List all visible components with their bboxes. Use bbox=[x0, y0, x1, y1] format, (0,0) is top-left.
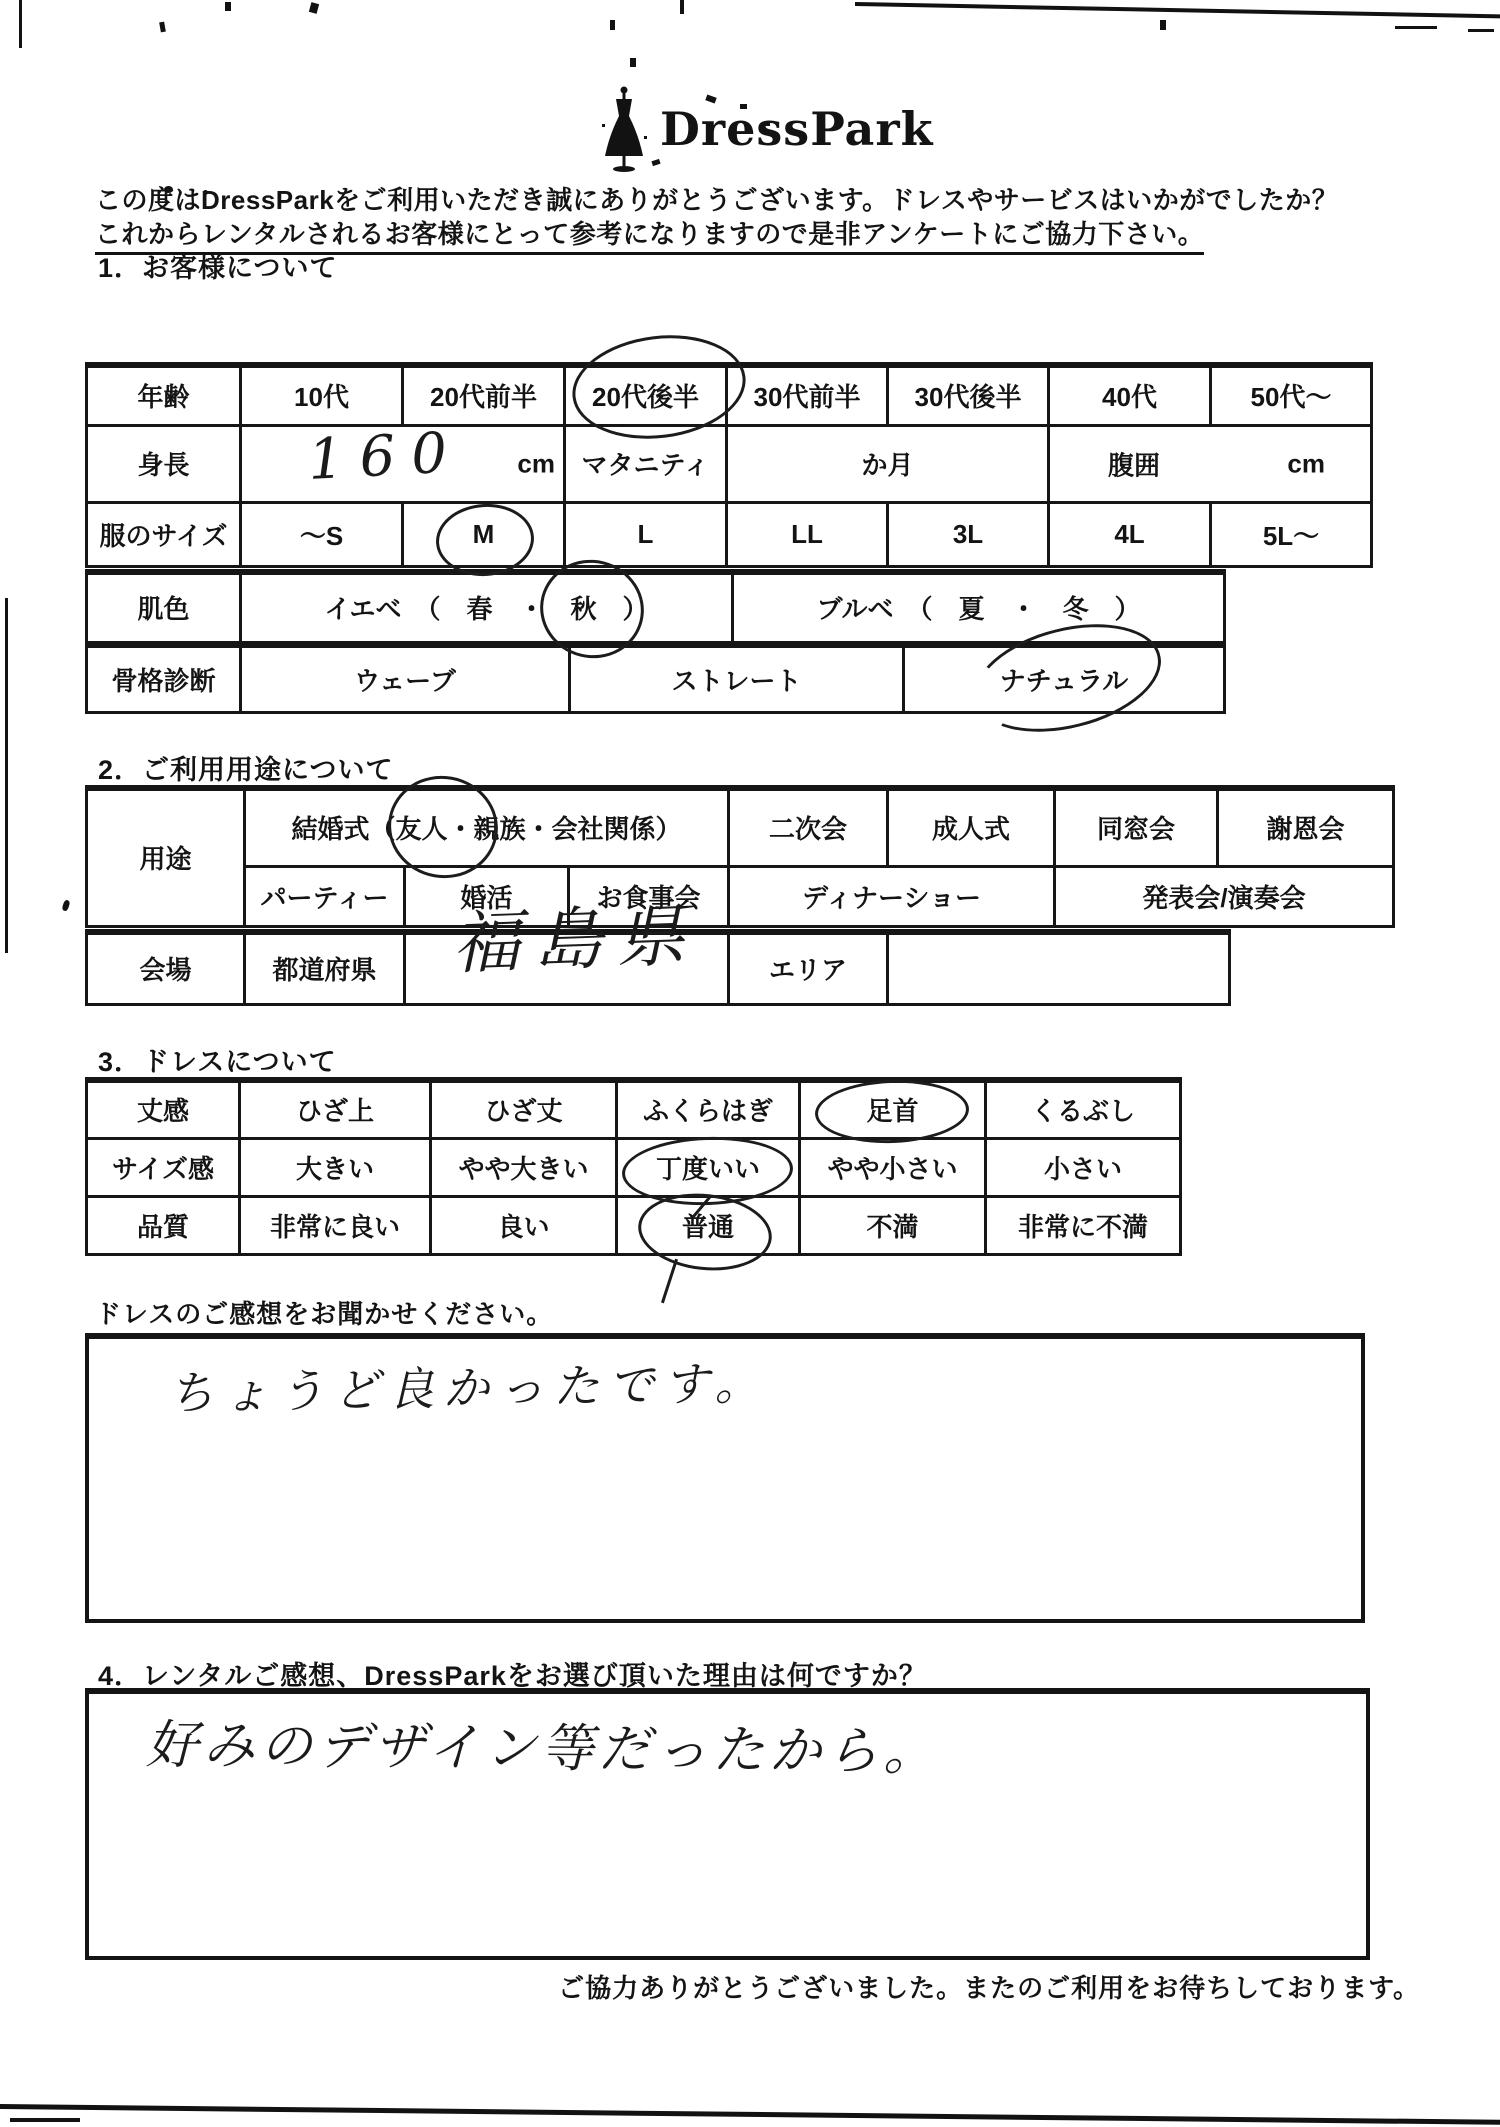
footer-thanks-text: ご協力ありがとうございました。またのご利用をお待ちしております。 bbox=[558, 1968, 1420, 2005]
handwritten-rental-feedback: 好みのデザイン等だったから。 bbox=[146, 1703, 941, 1785]
length-option-cell: ひざ丈 bbox=[431, 1080, 617, 1138]
ink-speck bbox=[610, 20, 615, 30]
usage-table-main: 用途 結婚式（友人・親族・会社関係） 二次会 成人式 同窓会 謝恩会 パーティー… bbox=[85, 785, 1395, 928]
height-label-cell: 身長 bbox=[87, 425, 241, 502]
fit-label-cell: サイズ感 bbox=[87, 1138, 240, 1196]
ink-speck bbox=[680, 0, 684, 14]
waist-unit: cm bbox=[1287, 448, 1325, 479]
height-unit: cm bbox=[517, 448, 555, 479]
use-label-cell: 用途 bbox=[87, 788, 245, 926]
age-option-cell: 30代後半 bbox=[888, 365, 1049, 425]
handwritten-prefecture: 福島県 bbox=[450, 882, 699, 988]
quality-option-cell: 不満 bbox=[800, 1196, 986, 1254]
occasion-cell: ディナーショー bbox=[729, 866, 1055, 926]
frame-label-cell: 骨格診断 bbox=[87, 645, 241, 712]
quality-option-cell: 良い bbox=[431, 1196, 617, 1254]
ink-speck bbox=[61, 899, 70, 911]
size-option-cell: 3L bbox=[888, 502, 1049, 566]
section1-title: 1．お客様について bbox=[98, 246, 337, 285]
ink-speck bbox=[159, 22, 166, 33]
dress-feedback-prompt: ドレスのご感想をお聞かせください。 bbox=[95, 1294, 553, 1331]
logo-text: DressPark bbox=[660, 102, 933, 156]
length-option-cell: ひざ上 bbox=[240, 1080, 431, 1138]
scan-edge-top-dash bbox=[1395, 26, 1437, 29]
scan-edge-bottom bbox=[0, 2104, 1500, 2125]
scan-edge-bottom-dash bbox=[10, 2118, 80, 2122]
area-label-cell: エリア bbox=[729, 932, 888, 1004]
scan-edge-left-top bbox=[19, 0, 22, 48]
size-option-cell: 4L bbox=[1049, 502, 1211, 566]
dress-mannequin-icon bbox=[598, 86, 650, 174]
size-option-cell: 5L～ bbox=[1211, 502, 1372, 566]
scan-edge-top-dash2 bbox=[1468, 29, 1494, 32]
quality-option-cell: 非常に不満 bbox=[986, 1196, 1181, 1254]
fit-option-cell: やや大きい bbox=[431, 1138, 617, 1196]
scan-edge-top bbox=[855, 2, 1500, 19]
age-option-cell: 10代 bbox=[241, 365, 403, 425]
occasion-cell: 二次会 bbox=[729, 788, 888, 866]
section2-title: 2．ご利用用途について bbox=[98, 748, 393, 787]
length-label-cell: 丈感 bbox=[87, 1080, 240, 1138]
size-option-cell: ～S bbox=[241, 502, 403, 566]
frame-option-cell: ストレート bbox=[570, 645, 904, 712]
skin-label-cell: 肌色 bbox=[87, 572, 241, 642]
section3-title: 3．ドレスについて bbox=[98, 1040, 337, 1079]
intro-text-line1: この度はDressParkをご利用いただき誠にありがとうございます。ドレスやサー… bbox=[95, 180, 1338, 217]
skin-blue-cell: ブルベ （ 夏 ・ 冬 ） bbox=[733, 572, 1225, 642]
prefecture-label-cell: 都道府県 bbox=[245, 932, 405, 1004]
frame-option-cell: ウェーブ bbox=[241, 645, 570, 712]
occasion-cell: パーティー bbox=[245, 866, 405, 926]
age-option-cell: 50代～ bbox=[1211, 365, 1372, 425]
ink-speck bbox=[309, 2, 319, 14]
occasion-cell: 成人式 bbox=[888, 788, 1055, 866]
fit-option-cell: やや小さい bbox=[800, 1138, 986, 1196]
occasion-cell: 発表会/演奏会 bbox=[1055, 866, 1394, 926]
length-option-cell: くるぶし bbox=[986, 1080, 1181, 1138]
waist-label: 腹囲 bbox=[1108, 445, 1160, 482]
age-option-cell: 30代前半 bbox=[727, 365, 888, 425]
quality-option-cell: 非常に良い bbox=[240, 1196, 431, 1254]
age-label-cell: 年齢 bbox=[87, 365, 241, 425]
occasion-cell: 謝恩会 bbox=[1218, 788, 1394, 866]
quality-label-cell: 品質 bbox=[87, 1196, 240, 1254]
maternity-months-cell: か月 bbox=[727, 425, 1049, 502]
scan-edge-left-mid bbox=[5, 598, 8, 953]
fit-option-cell: 大きい bbox=[240, 1138, 431, 1196]
age-option-cell: 40代 bbox=[1049, 365, 1211, 425]
ink-speck bbox=[630, 58, 636, 67]
ink-speck bbox=[225, 2, 231, 11]
scanned-survey-page: DressPark この度はDressParkをご利用いただき誠にありがとうござ… bbox=[0, 0, 1500, 2127]
ink-speck bbox=[1160, 20, 1166, 30]
age-option-cell: 20代前半 bbox=[403, 365, 565, 425]
pen-stroke-tail bbox=[661, 1259, 678, 1304]
length-option-cell: ふくらはぎ bbox=[617, 1080, 800, 1138]
venue-label-cell: 会場 bbox=[87, 932, 245, 1004]
fit-option-cell: 小さい bbox=[986, 1138, 1181, 1196]
handwritten-dress-feedback: ちょうど良かったです。 bbox=[167, 1347, 769, 1423]
handwritten-height-value: 160 bbox=[306, 420, 464, 493]
area-value-cell bbox=[888, 932, 1230, 1004]
logo: DressPark bbox=[598, 86, 933, 174]
size-option-cell: L bbox=[565, 502, 727, 566]
waist-cell: 腹囲 cm bbox=[1049, 425, 1372, 502]
occasion-cell: 同窓会 bbox=[1055, 788, 1218, 866]
size-option-cell: LL bbox=[727, 502, 888, 566]
skin-yellow-cell: イエベ （ 春 ・ 秋 ） bbox=[241, 572, 733, 642]
size-label-cell: 服のサイズ bbox=[87, 502, 241, 566]
